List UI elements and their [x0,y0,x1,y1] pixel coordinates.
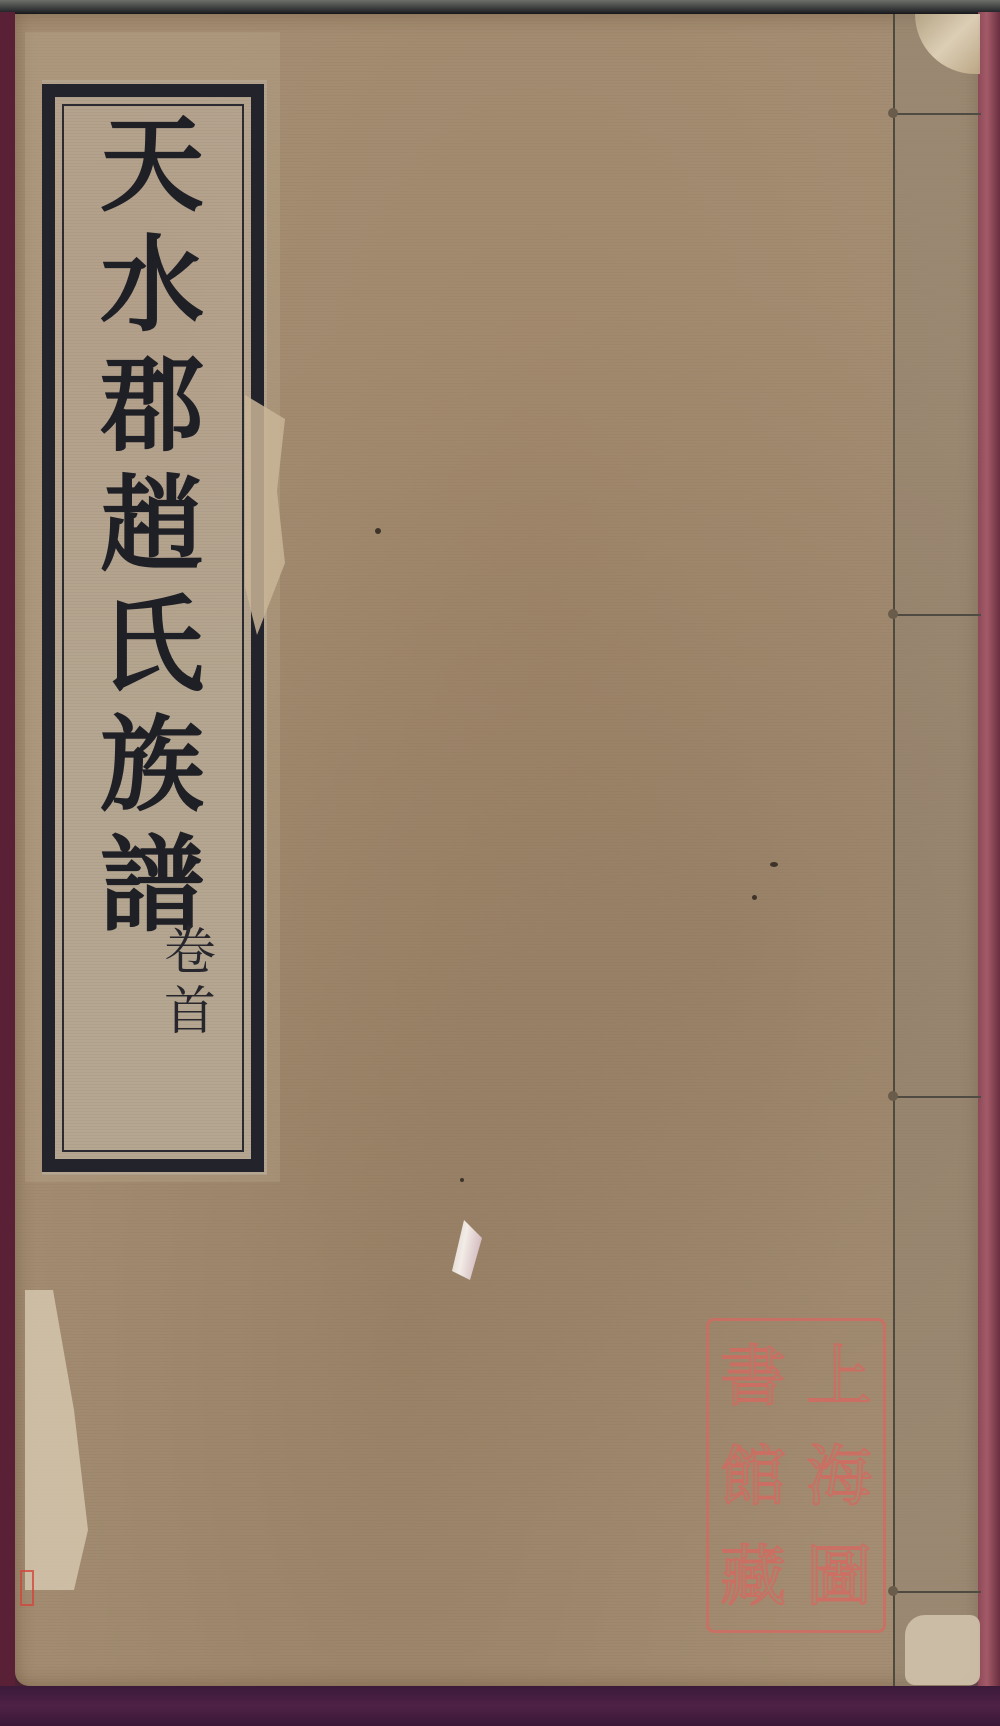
title-char-6: 族 [72,705,232,825]
seal-char: 圖 [806,1542,872,1612]
ink-spot [375,528,381,534]
ink-spot [752,895,757,900]
stitch-line [893,1096,981,1098]
stitch-hole [888,1091,898,1101]
title-char-5: 氏 [72,585,232,705]
seal-char: 館 [720,1442,786,1512]
stitch-line [893,1591,981,1593]
seal-char: 書 [720,1342,786,1412]
spine-panel [895,14,978,1686]
title-char-3: 郡 [72,345,232,465]
library-seal: 上 海 圖 書 館 藏 [706,1318,886,1633]
seal-column-right: 上 海 圖 [799,1327,879,1627]
top-dark-edge [0,0,1000,14]
stitch-hole [888,609,898,619]
right-background-strip [978,12,1000,1726]
stitch-line [893,614,981,616]
seal-char: 藏 [720,1542,786,1612]
stitch-hole [888,108,898,118]
left-background-strip [0,12,15,1726]
stitch-hole [888,1586,898,1596]
seal-char: 海 [806,1442,872,1512]
seal-char: 上 [806,1342,872,1412]
small-red-seal [20,1570,34,1606]
ink-spot [770,862,778,867]
stitch-line [893,113,981,115]
ink-spot [460,1178,464,1182]
title-char-4: 趙 [72,465,232,585]
seal-column-left: 書 館 藏 [713,1327,793,1627]
volume-char-1: 卷 [160,922,220,982]
title-char-2: 水 [72,225,232,345]
bottom-background-strip [0,1686,1000,1726]
spine-fold-line [893,14,895,1686]
bottom-right-tear [905,1615,980,1685]
volume-char-2: 首 [160,982,220,1042]
title-char-1: 天 [72,105,232,225]
